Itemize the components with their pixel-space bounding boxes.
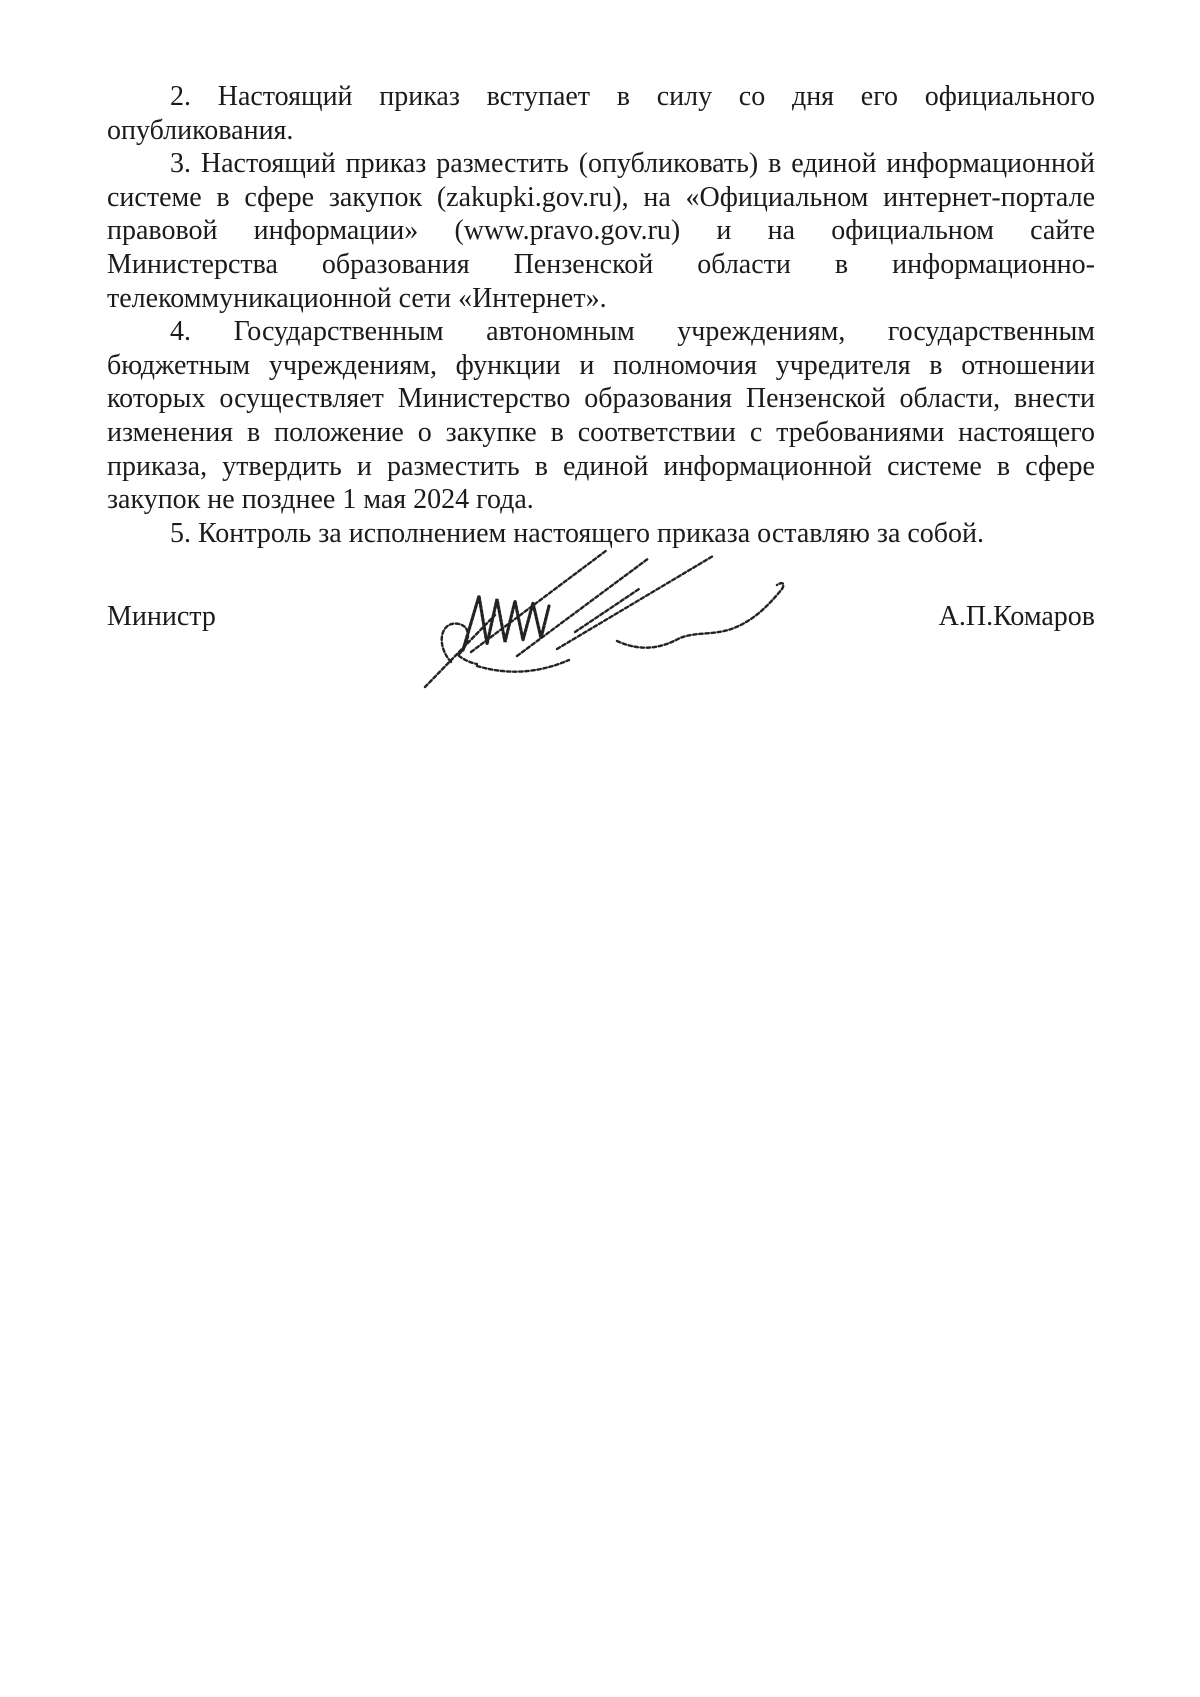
document-page: 2. Настоящий приказ вступает в силу со д…	[0, 0, 1200, 1697]
order-paragraph-4: 4. Государственным автономным учреждения…	[107, 315, 1095, 517]
signature-block: Министр А.П.Комаров	[107, 600, 1095, 634]
order-text-block: 2. Настоящий приказ вступает в силу со д…	[107, 80, 1095, 550]
order-paragraph-2: 2. Настоящий приказ вступает в силу со д…	[107, 80, 1095, 147]
signer-title: Министр	[107, 600, 216, 634]
order-paragraph-3: 3. Настоящий приказ разместить (опублико…	[107, 147, 1095, 315]
order-paragraph-5: 5. Контроль за исполнением настоящего пр…	[107, 517, 1095, 551]
signer-name: А.П.Комаров	[939, 600, 1095, 634]
